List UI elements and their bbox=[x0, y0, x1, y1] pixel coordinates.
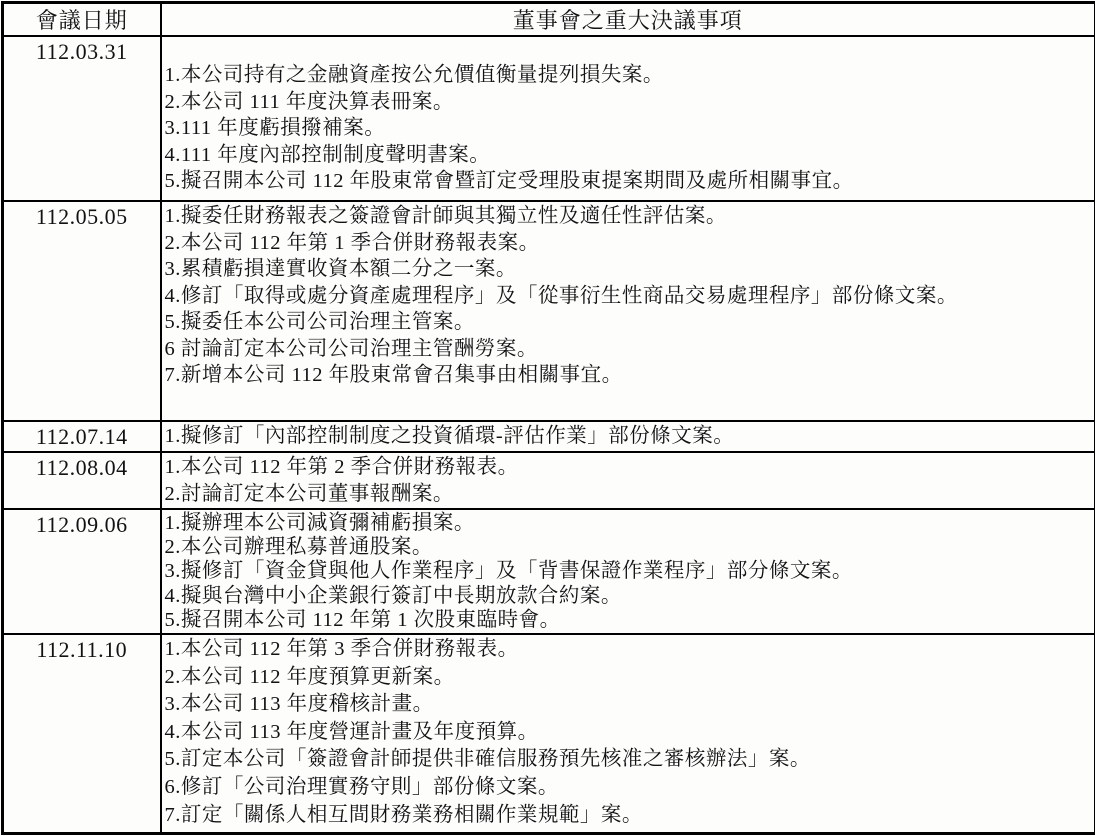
table-row: 112.08.041.本公司 112 年第 2 季合併財務報表。2.討論訂定本公… bbox=[3, 452, 1095, 509]
resolution-item: 1.本公司 112 年第 3 季合併財務報表。 bbox=[165, 636, 1091, 664]
table-row: 112.05.051.擬委任財務報表之簽證會計師與其獨立性及適任性評估案。2.本… bbox=[3, 201, 1095, 421]
resolution-item: 2.本公司 111 年度決算表冊案。 bbox=[165, 89, 1091, 116]
meeting-date-cell: 112.05.05 bbox=[3, 201, 161, 421]
resolution-item: 4.修訂「取得或處分資產處理程序」及「從事衍生性商品交易處理程序」部份條文案。 bbox=[165, 283, 1091, 310]
meeting-date: 112.11.10 bbox=[5, 637, 159, 663]
resolution-item: 6 討論訂定本公司公司治理主管酬勞案。 bbox=[165, 336, 1091, 363]
resolution-item: 5.訂定本公司「簽證會計師提供非確信服務預先核准之審核辦法」案。 bbox=[165, 746, 1091, 774]
resolutions-cell: 1.本公司 112 年第 3 季合併財務報表。2.本公司 112 年度預算更新案… bbox=[161, 634, 1095, 833]
resolution-item: 2.本公司辦理私募普通股案。 bbox=[165, 535, 1091, 559]
meeting-date-cell: 112.09.06 bbox=[3, 509, 161, 634]
resolution-item: 7.新增本公司 112 年股東常會召集事由相關事宜。 bbox=[165, 362, 1091, 389]
resolution-item: 5.擬委任本公司公司治理主管案。 bbox=[165, 309, 1091, 336]
meeting-date-cell: 112.11.10 bbox=[3, 634, 161, 833]
resolution-item: 4.本公司 113 年度營運計畫及年度預算。 bbox=[165, 719, 1091, 747]
resolutions-cell: 1.本公司 112 年第 2 季合併財務報表。2.討論訂定本公司董事報酬案。 bbox=[161, 452, 1095, 509]
resolutions-cell: 1.擬辦理本公司減資彌補虧損案。2.本公司辦理私募普通股案。3.擬修訂「資金貸與… bbox=[161, 509, 1095, 634]
resolution-item: 1.擬委任財務報表之簽證會計師與其獨立性及適任性評估案。 bbox=[165, 203, 1091, 230]
resolutions-cell: 1.擬委任財務報表之簽證會計師與其獨立性及適任性評估案。2.本公司 112 年第… bbox=[161, 201, 1095, 421]
resolution-item: 1.本公司 112 年第 2 季合併財務報表。 bbox=[165, 454, 1091, 481]
resolutions-cell: 1.擬修訂「內部控制制度之投資循環-評估作業」部份條文案。 bbox=[161, 421, 1095, 452]
resolution-item: 2.本公司 112 年第 1 季合併財務報表案。 bbox=[165, 230, 1091, 257]
resolution-item: 2.本公司 112 年度預算更新案。 bbox=[165, 664, 1091, 692]
table-header: 會議日期 董事會之重大決議事項 bbox=[3, 3, 1095, 37]
resolutions-cell: 1.本公司持有之金融資產按公允價值衡量提列損失案。2.本公司 111 年度決算表… bbox=[161, 36, 1095, 201]
meeting-date: 112.09.06 bbox=[5, 512, 159, 538]
table-body: 112.03.311.本公司持有之金融資產按公允價值衡量提列損失案。2.本公司 … bbox=[3, 36, 1095, 833]
resolution-item: 3.111 年度虧損撥補案。 bbox=[165, 115, 1091, 142]
resolution-item: 5.擬召開本公司 112 年股東常會暨訂定受理股東提案期間及處所相關事宜。 bbox=[165, 168, 1091, 195]
meeting-date: 112.07.14 bbox=[5, 424, 159, 450]
meeting-date-cell: 112.07.14 bbox=[3, 421, 161, 452]
resolution-item: 4.擬與台灣中小企業銀行簽訂中長期放款合約案。 bbox=[165, 584, 1091, 608]
header-row: 會議日期 董事會之重大決議事項 bbox=[3, 3, 1095, 37]
resolution-item: 4.111 年度內部控制制度聲明書案。 bbox=[165, 142, 1091, 169]
header-meeting-date: 會議日期 bbox=[3, 3, 161, 37]
resolution-item: 3.擬修訂「資金貸與他人作業程序」及「背書保證作業程序」部分條文案。 bbox=[165, 559, 1091, 583]
meeting-date: 112.03.31 bbox=[5, 39, 159, 65]
table-row: 112.03.311.本公司持有之金融資產按公允價值衡量提列損失案。2.本公司 … bbox=[3, 36, 1095, 201]
board-resolutions-table: 會議日期 董事會之重大決議事項 112.03.311.本公司持有之金融資產按公允… bbox=[1, 1, 1095, 835]
document-page: 會議日期 董事會之重大決議事項 112.03.311.本公司持有之金融資產按公允… bbox=[0, 0, 1095, 836]
resolution-item: 5.擬召開本公司 112 年第 1 次股東臨時會。 bbox=[165, 608, 1091, 632]
resolution-item: 1.本公司持有之金融資產按公允價值衡量提列損失案。 bbox=[165, 62, 1091, 89]
resolution-item: 6.修訂「公司治理實務守則」部份條文案。 bbox=[165, 774, 1091, 802]
meeting-date-cell: 112.03.31 bbox=[3, 36, 161, 201]
resolution-item: 3.本公司 113 年度稽核計畫。 bbox=[165, 691, 1091, 719]
meeting-date: 112.08.04 bbox=[5, 455, 159, 481]
table-row: 112.11.101.本公司 112 年第 3 季合併財務報表。2.本公司 11… bbox=[3, 634, 1095, 833]
table-row: 112.09.061.擬辦理本公司減資彌補虧損案。2.本公司辦理私募普通股案。3… bbox=[3, 509, 1095, 634]
resolution-item: 1.擬辦理本公司減資彌補虧損案。 bbox=[165, 511, 1091, 535]
resolution-item: 1.擬修訂「內部控制制度之投資循環-評估作業」部份條文案。 bbox=[165, 423, 1091, 450]
meeting-date: 112.05.05 bbox=[5, 204, 159, 230]
header-resolutions: 董事會之重大決議事項 bbox=[161, 3, 1095, 37]
table-row: 112.07.141.擬修訂「內部控制制度之投資循環-評估作業」部份條文案。 bbox=[3, 421, 1095, 452]
resolution-item: 7.訂定「關係人相互間財務業務相關作業規範」案。 bbox=[165, 802, 1091, 830]
resolution-item: 3.累積虧損達實收資本額二分之一案。 bbox=[165, 256, 1091, 283]
meeting-date-cell: 112.08.04 bbox=[3, 452, 161, 509]
resolution-item: 2.討論訂定本公司董事報酬案。 bbox=[165, 481, 1091, 508]
